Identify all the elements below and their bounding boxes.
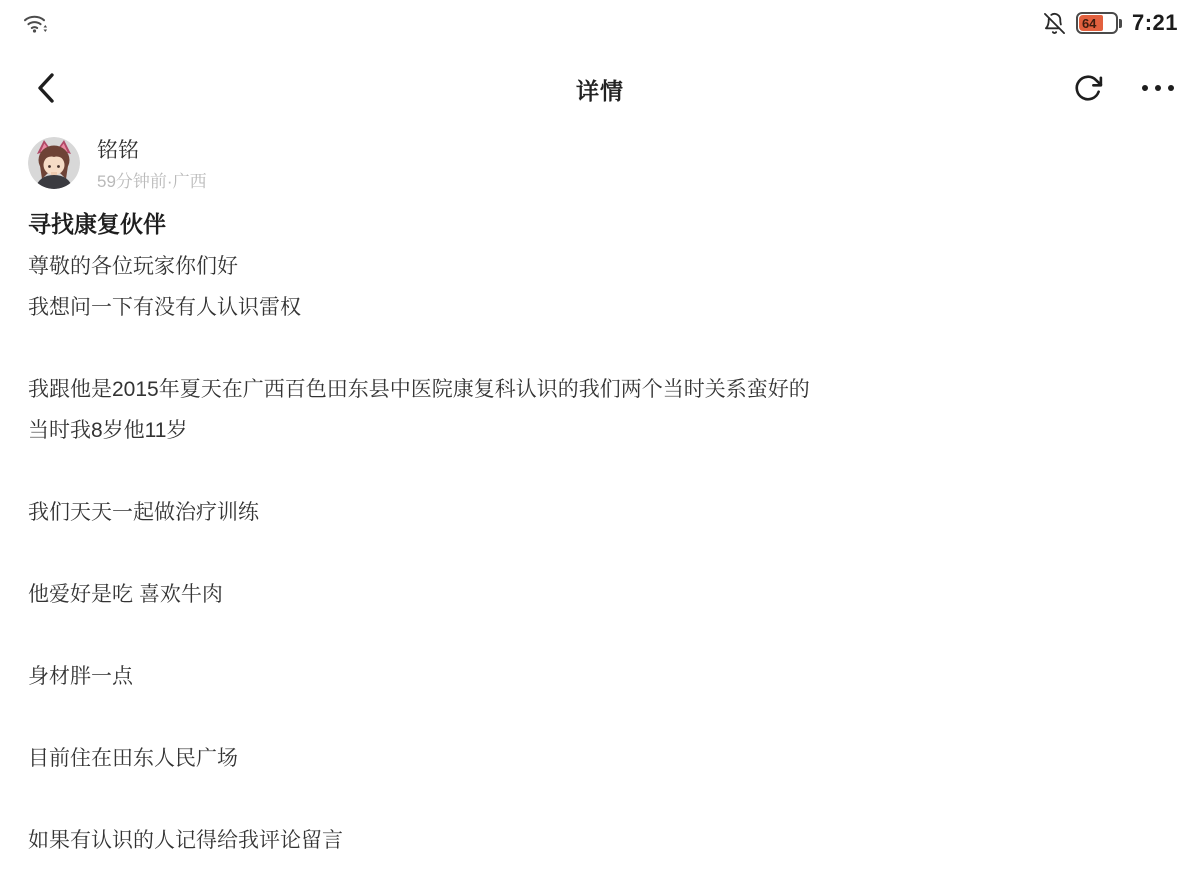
post-body-line — [28, 328, 1172, 369]
back-button[interactable] — [24, 66, 68, 110]
nav-bar: 详情 — [0, 52, 1200, 126]
post-body-line: 目前住在田东人民广场 — [28, 738, 1172, 779]
post-body-line — [28, 533, 1172, 574]
post-title: 寻找康复伙伴 — [28, 206, 1172, 239]
more-button[interactable] — [1136, 66, 1180, 110]
post-meta-time-location: 59分钟前·广西 — [97, 167, 207, 192]
post-body-line: 我们天天一起做治疗训练 — [28, 492, 1172, 533]
author-name[interactable]: 铭铭 — [97, 134, 207, 164]
status-bar: 64 7:21 — [0, 0, 1200, 46]
avatar[interactable] — [28, 137, 80, 189]
post-body-line: 身材胖一点 — [28, 656, 1172, 697]
refresh-icon — [1073, 73, 1103, 103]
author-row: 铭铭 59分钟前·广西 — [28, 134, 1172, 192]
post-body-line: 我跟他是2015年夏天在广西百色田东县中医院康复科认识的我们两个当时关系蛮好的 — [28, 369, 1172, 410]
wifi-icon — [22, 10, 49, 36]
three-dots-icon — [1140, 83, 1176, 93]
post-body-line: 尊敬的各位玩家你们好 — [28, 246, 1172, 287]
chevron-left-icon — [33, 71, 59, 105]
battery-percent: 64 — [1078, 16, 1116, 31]
battery-nub — [1119, 19, 1122, 28]
post-body-line: 他爱好是吃 喜欢牛肉 — [28, 574, 1172, 615]
clock-time: 7:21 — [1132, 10, 1178, 36]
post-body-line — [28, 779, 1172, 820]
post-body-line — [28, 615, 1172, 656]
post-body-line — [28, 451, 1172, 492]
mute-bell-slash-icon — [1043, 12, 1066, 35]
post-body-line: 如果有认识的人记得给我评论留言 — [28, 820, 1172, 861]
post-body-line: 我想问一下有没有人认识雷权 — [28, 287, 1172, 328]
post-body: 尊敬的各位玩家你们好 我想问一下有没有人认识雷权 我跟他是2015年夏天在广西百… — [28, 246, 1172, 861]
refresh-button[interactable] — [1066, 66, 1110, 110]
post-body-line: 当时我8岁他11岁 — [28, 410, 1172, 451]
post-body-line — [28, 697, 1172, 738]
battery-indicator: 64 — [1076, 12, 1122, 34]
page-title: 详情 — [0, 73, 1200, 106]
post-detail: 铭铭 59分钟前·广西 寻找康复伙伴 尊敬的各位玩家你们好 我想问一下有没有人认… — [28, 134, 1172, 861]
